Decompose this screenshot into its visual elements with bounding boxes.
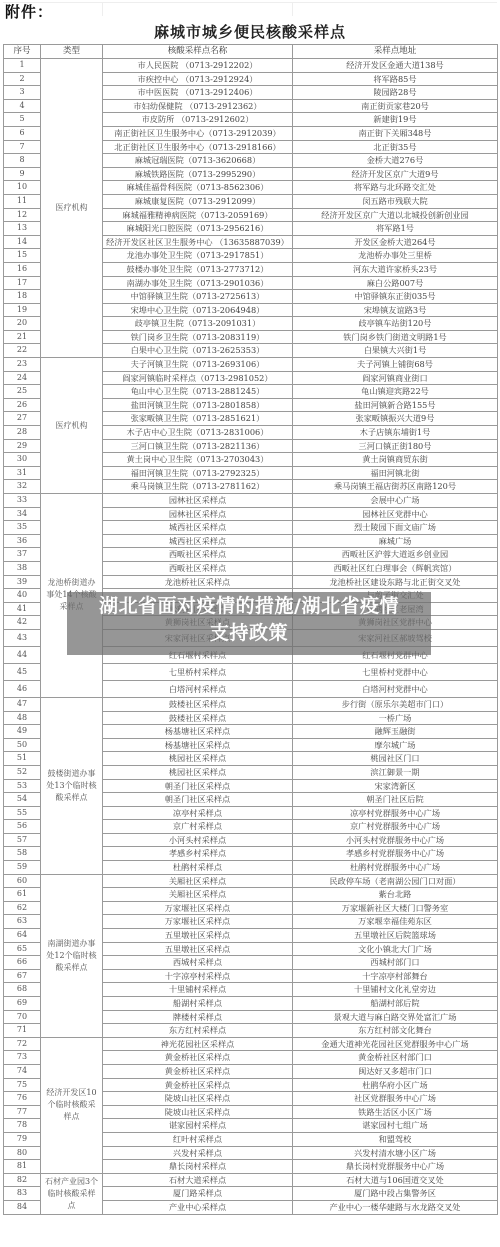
sampling-point-name: 万家堰社区采样点 bbox=[103, 915, 293, 929]
row-number: 22 bbox=[4, 344, 41, 358]
sampling-point-name: 白果中心卫生院（0713-2625353） bbox=[103, 344, 293, 358]
row-number: 59 bbox=[4, 861, 41, 875]
row-number: 79 bbox=[4, 1132, 41, 1146]
sampling-point-name: 十里铺村采样点 bbox=[103, 983, 293, 997]
sampling-point-name: 西畈社区采样点 bbox=[103, 561, 293, 575]
sampling-point-address: 桃园社区门口 bbox=[293, 752, 498, 766]
sampling-point-name: 兴发村采样点 bbox=[103, 1146, 293, 1160]
row-number: 58 bbox=[4, 847, 41, 861]
sampling-point-name: 五里墩社区采样点 bbox=[103, 942, 293, 956]
row-number: 71 bbox=[4, 1024, 41, 1038]
row-number: 32 bbox=[4, 480, 41, 494]
sampling-point-name: 市妇幼保健院 （0713-2912362） bbox=[103, 99, 293, 113]
sampling-point-name: 福田河镇卫生院（0713-2792325） bbox=[103, 466, 293, 480]
sampling-point-address: 万家堰新社区大楼门口警务室 bbox=[293, 901, 498, 915]
row-number: 73 bbox=[4, 1051, 41, 1065]
row-number: 47 bbox=[4, 697, 41, 711]
sampling-point-address: 龟山镇迎宾路22号 bbox=[293, 385, 498, 399]
sampling-point-address: 宋埠镇友谊路3号 bbox=[293, 303, 498, 317]
row-number: 64 bbox=[4, 929, 41, 943]
sampling-point-name: 杨基塘社区采样点 bbox=[103, 738, 293, 752]
row-number: 40 bbox=[4, 589, 41, 603]
sampling-point-address: 一桥广场 bbox=[293, 711, 498, 725]
sampling-point-name: 麻城佳福骨科医院（0713-8562306） bbox=[103, 181, 293, 195]
sampling-point-name: 龙池桥社区采样点 bbox=[103, 575, 293, 589]
header-name: 核酸采样点名称 bbox=[103, 45, 293, 59]
row-type: 石材产业园3个临时核酸采样点 bbox=[41, 1173, 103, 1214]
sampling-point-address: 西畈社区沪蓉大道返乡创业园 bbox=[293, 548, 498, 562]
row-number: 10 bbox=[4, 181, 41, 195]
sampling-point-name: 朝圣门社区采样点 bbox=[103, 779, 293, 793]
row-number: 67 bbox=[4, 969, 41, 983]
row-number: 82 bbox=[4, 1173, 41, 1187]
sampling-point-name: 麻城康复医院（0713-2912099） bbox=[103, 194, 293, 208]
row-number: 6 bbox=[4, 126, 41, 140]
row-number: 5 bbox=[4, 113, 41, 127]
sampling-point-address: 杜鹃村党群服务中心广场 bbox=[293, 861, 498, 875]
sampling-point-name: 红叶村采样点 bbox=[103, 1132, 293, 1146]
row-number: 66 bbox=[4, 956, 41, 970]
sampling-point-name: 石材大道采样点 bbox=[103, 1173, 293, 1187]
sampling-point-address: 兴发村清水塘小区广场 bbox=[293, 1146, 498, 1160]
row-number: 35 bbox=[4, 521, 41, 535]
sampling-point-address: 经济开发区京广大道9号 bbox=[293, 167, 498, 181]
sampling-point-address: 五里墩社区后院篮球场 bbox=[293, 929, 498, 943]
sampling-point-address: 黄土岗镇商贸东街 bbox=[293, 453, 498, 467]
row-number: 25 bbox=[4, 385, 41, 399]
sampling-point-address: 闵五路市残联大院 bbox=[293, 194, 498, 208]
row-number: 77 bbox=[4, 1105, 41, 1119]
table-row: 1医疗机构市人民医院 （0713-2912202）经济开发区金通大道138号 bbox=[4, 59, 498, 73]
sampling-point-name: 牌楼村采样点 bbox=[103, 1010, 293, 1024]
row-type: 南湖街道办事处12个临时核酸采样点 bbox=[41, 874, 103, 1037]
sampling-point-name: 万家堰社区采样点 bbox=[103, 901, 293, 915]
sampling-point-address: 西城村部门口 bbox=[293, 956, 498, 970]
sampling-point-address: 万家堰幸福佳苑东区 bbox=[293, 915, 498, 929]
sampling-point-name: 麻城冠瑞医院（0713-3620668） bbox=[103, 154, 293, 168]
sampling-point-address: 南正街贡家巷20号 bbox=[293, 99, 498, 113]
header-no: 序号 bbox=[4, 45, 41, 59]
sampling-point-name: 三河口镇卫生院（0713-2821136） bbox=[103, 439, 293, 453]
row-number: 29 bbox=[4, 439, 41, 453]
row-number: 31 bbox=[4, 466, 41, 480]
row-number: 28 bbox=[4, 426, 41, 440]
sampling-point-address: 会展中心广场 bbox=[293, 494, 498, 508]
sampling-point-address: 小河头村党群服务中心广场 bbox=[293, 833, 498, 847]
row-number: 46 bbox=[4, 680, 41, 697]
row-number: 57 bbox=[4, 833, 41, 847]
row-number: 72 bbox=[4, 1037, 41, 1051]
row-number: 9 bbox=[4, 167, 41, 181]
sampling-point-address: 北正街35号 bbox=[293, 140, 498, 154]
sampling-point-address: 和盟驾校 bbox=[293, 1132, 498, 1146]
sampling-point-name: 桃园社区采样点 bbox=[103, 765, 293, 779]
sampling-point-address: 融辉玉融街 bbox=[293, 725, 498, 739]
sampling-point-address: 东方红村部文化舞台 bbox=[293, 1024, 498, 1038]
sampling-point-name: 盐田河镇卫生院（0713-2801858） bbox=[103, 398, 293, 412]
sampling-point-name: 孝感乡村采样点 bbox=[103, 847, 293, 861]
row-number: 65 bbox=[4, 942, 41, 956]
row-number: 17 bbox=[4, 276, 41, 290]
sampling-point-address: 将军路与北环路交汇处 bbox=[293, 181, 498, 195]
sampling-point-address: 铁门岗乡铁门街道文明路1号 bbox=[293, 330, 498, 344]
sampling-point-address: 麻白公路007号 bbox=[293, 276, 498, 290]
sampling-point-name: 南正街社区卫生服务中心（0713-2912039） bbox=[103, 126, 293, 140]
row-number: 44 bbox=[4, 646, 41, 663]
sampling-point-name: 朝圣门社区采样点 bbox=[103, 793, 293, 807]
row-number: 15 bbox=[4, 249, 41, 263]
row-number: 51 bbox=[4, 752, 41, 766]
sampling-point-address: 烈士陵园下面文庙广场 bbox=[293, 521, 498, 535]
row-number: 4 bbox=[4, 99, 41, 113]
row-number: 68 bbox=[4, 983, 41, 997]
row-number: 43 bbox=[4, 629, 41, 646]
table-row: 60南湖街道办事处12个临时核酸采样点关厢社区采样点民政停车场（老南湖公园门口对… bbox=[4, 874, 498, 888]
sampling-point-address: 张家畈镇振兴大道9号 bbox=[293, 412, 498, 426]
row-number: 24 bbox=[4, 371, 41, 385]
row-number: 42 bbox=[4, 616, 41, 630]
sampling-point-name: 张家畈镇卫生院（0713-2851621） bbox=[103, 412, 293, 426]
row-number: 19 bbox=[4, 303, 41, 317]
sampling-point-name: 杨基塘社区采样点 bbox=[103, 725, 293, 739]
sampling-point-address: 南正街下关厢348号 bbox=[293, 126, 498, 140]
sampling-point-name: 鼓楼社区采样点 bbox=[103, 697, 293, 711]
sampling-point-name: 五里墩社区采样点 bbox=[103, 929, 293, 943]
top-grid-lines bbox=[3, 2, 497, 16]
sampling-point-name: 东方红村采样点 bbox=[103, 1024, 293, 1038]
sampling-point-address: 社区党群服务中心广场 bbox=[293, 1092, 498, 1106]
sampling-point-name: 城西社区采样点 bbox=[103, 521, 293, 535]
sampling-point-name: 木子店中心卫生院（0713-2831006） bbox=[103, 426, 293, 440]
sampling-point-address: 景观大道与麻白路交界处富汇广场 bbox=[293, 1010, 498, 1024]
row-type: 医疗机构 bbox=[41, 358, 103, 494]
sampling-point-address: 三河口镇正街180号 bbox=[293, 439, 498, 453]
row-number: 56 bbox=[4, 820, 41, 834]
sampling-point-name: 园林社区采样点 bbox=[103, 494, 293, 508]
sampling-point-address: 厦门路中段占集警务区 bbox=[293, 1187, 498, 1201]
sampling-point-address: 朝圣门社区后院 bbox=[293, 793, 498, 807]
row-number: 37 bbox=[4, 548, 41, 562]
sampling-point-address: 鼎长岗村党群服务中心广场 bbox=[293, 1160, 498, 1174]
header-address: 采样点地址 bbox=[293, 45, 498, 59]
row-number: 7 bbox=[4, 140, 41, 154]
sampling-point-name: 市皮防所 （0713-2912602） bbox=[103, 113, 293, 127]
sampling-point-name: 厦门路采样点 bbox=[103, 1187, 293, 1201]
sampling-point-address: 摩尔城广场 bbox=[293, 738, 498, 752]
sampling-point-address: 乘马岗镇王福店街苏区南路120号 bbox=[293, 480, 498, 494]
row-number: 41 bbox=[4, 602, 41, 616]
sampling-point-address: 白果镇大兴街1号 bbox=[293, 344, 498, 358]
sampling-point-name: 市中医医院 （0713-2912406） bbox=[103, 86, 293, 100]
row-number: 60 bbox=[4, 874, 41, 888]
row-number: 3 bbox=[4, 86, 41, 100]
sampling-point-name: 北正街社区卫生服务中心（0713-2918166） bbox=[103, 140, 293, 154]
sampling-point-name: 黄金桥社区采样点 bbox=[103, 1064, 293, 1078]
sampling-point-name: 陡坡山社区采样点 bbox=[103, 1105, 293, 1119]
sampling-point-name: 阎家河镇临时采样点（0713-2981052） bbox=[103, 371, 293, 385]
sampling-point-address: 杜鹃华府小区广场 bbox=[293, 1078, 498, 1092]
row-number: 14 bbox=[4, 235, 41, 249]
table-row: 72经济开发区10个临时核酸采样点神光花园社区采样点金通大道神光花园社区党群服务… bbox=[4, 1037, 498, 1051]
sampling-point-address: 龙池桥社区建设东路与北正街交叉处 bbox=[293, 575, 498, 589]
sampling-point-address: 将军路1号 bbox=[293, 222, 498, 236]
row-number: 76 bbox=[4, 1092, 41, 1106]
row-number: 61 bbox=[4, 888, 41, 902]
sampling-point-address: 将军路85号 bbox=[293, 72, 498, 86]
sampling-point-name: 经济开发区社区卫生服务中心 （13635887039） bbox=[103, 235, 293, 249]
sampling-point-name: 歧亭镇卫生院（0713-2091031） bbox=[103, 317, 293, 331]
sampling-point-name: 城西社区采样点 bbox=[103, 534, 293, 548]
sampling-point-name: 麻城铁路医院（0713-2995290） bbox=[103, 167, 293, 181]
sampling-point-address: 紫台北路 bbox=[293, 888, 498, 902]
sampling-point-address: 新建街19号 bbox=[293, 113, 498, 127]
headline-line-2: 支持政策 bbox=[67, 620, 431, 647]
sampling-point-name: 小河头村采样点 bbox=[103, 833, 293, 847]
table-header-row: 序号 类型 核酸采样点名称 采样点地址 bbox=[4, 45, 498, 59]
table-row: 33龙池桥街道办事处14个核酸采样点园林社区采样点会展中心广场 bbox=[4, 494, 498, 508]
sampling-point-name: 南湖办事处卫生院（0713-2901036） bbox=[103, 276, 293, 290]
row-number: 26 bbox=[4, 398, 41, 412]
row-type: 鼓楼街道办事处13个临时核酸采样点 bbox=[41, 697, 103, 874]
sampling-point-address: 经济开发区京广大道以北城投创新创业园 bbox=[293, 208, 498, 222]
sampling-point-address: 木子店镇东埔街1号 bbox=[293, 426, 498, 440]
row-number: 20 bbox=[4, 317, 41, 331]
row-number: 13 bbox=[4, 222, 41, 236]
row-number: 48 bbox=[4, 711, 41, 725]
sampling-point-name: 船湖村采样点 bbox=[103, 997, 293, 1011]
sampling-point-address: 石材大道与106国道交叉处 bbox=[293, 1173, 498, 1187]
row-number: 33 bbox=[4, 494, 41, 508]
sampling-point-address: 滨江御景一期 bbox=[293, 765, 498, 779]
sampling-point-name: 市疾控中心 （0713-2912924） bbox=[103, 72, 293, 86]
row-number: 52 bbox=[4, 765, 41, 779]
sampling-point-name: 西城村采样点 bbox=[103, 956, 293, 970]
sampling-point-name: 夫子河镇卫生院（0713-2693106） bbox=[103, 358, 293, 372]
row-number: 75 bbox=[4, 1078, 41, 1092]
row-number: 53 bbox=[4, 779, 41, 793]
sampling-point-name: 杜鹃村采样点 bbox=[103, 861, 293, 875]
row-number: 27 bbox=[4, 412, 41, 426]
row-number: 50 bbox=[4, 738, 41, 752]
sampling-point-address: 经济开发区金通大道138号 bbox=[293, 59, 498, 73]
row-number: 55 bbox=[4, 806, 41, 820]
row-number: 11 bbox=[4, 194, 41, 208]
row-number: 83 bbox=[4, 1187, 41, 1201]
sampling-point-name: 鼎长岗村采样点 bbox=[103, 1160, 293, 1174]
sampling-point-name: 黄金桥社区采样点 bbox=[103, 1051, 293, 1065]
sampling-point-name: 乘马岗镇卫生院（0713-2781162） bbox=[103, 480, 293, 494]
sampling-point-name: 黄金桥社区采样点 bbox=[103, 1078, 293, 1092]
sampling-point-name: 陡坡山社区采样点 bbox=[103, 1092, 293, 1106]
sampling-point-name: 园林社区采样点 bbox=[103, 507, 293, 521]
sampling-point-name: 桃园社区采样点 bbox=[103, 752, 293, 766]
sampling-point-name: 产业中心采样点 bbox=[103, 1200, 293, 1214]
sampling-point-name: 神光花园社区采样点 bbox=[103, 1037, 293, 1051]
row-number: 54 bbox=[4, 793, 41, 807]
row-number: 45 bbox=[4, 663, 41, 680]
sampling-point-address: 京广村党群服务中心广场 bbox=[293, 820, 498, 834]
sampling-point-address: 孝感乡村党群服务中心广场 bbox=[293, 847, 498, 861]
sampling-point-address: 七里桥村党群中心 bbox=[293, 663, 498, 680]
sampling-point-address: 铁路生活区小区广场 bbox=[293, 1105, 498, 1119]
sampling-point-name: 麻城福雅精神病医院（0713-2059169） bbox=[103, 208, 293, 222]
sampling-point-address: 歧亭镇车站街120号 bbox=[293, 317, 498, 331]
row-number: 49 bbox=[4, 725, 41, 739]
sampling-point-address: 河东大道许家桥头23号 bbox=[293, 262, 498, 276]
sampling-point-name: 铁门岗乡卫生院（0713-2083119） bbox=[103, 330, 293, 344]
headline-line-1: 湖北省面对疫情的措施/湖北省疫情 bbox=[67, 593, 431, 620]
sampling-point-address: 十里铺村文化礼堂旁边 bbox=[293, 983, 498, 997]
sampling-point-name: 龙池办事处卫生院（0713-2917851） bbox=[103, 249, 293, 263]
row-number: 30 bbox=[4, 453, 41, 467]
row-number: 62 bbox=[4, 901, 41, 915]
sampling-point-address: 十字凉亭村部舞台 bbox=[293, 969, 498, 983]
row-number: 70 bbox=[4, 1010, 41, 1024]
sampling-point-address: 盐田河镇新合路155号 bbox=[293, 398, 498, 412]
row-number: 63 bbox=[4, 915, 41, 929]
sampling-point-address: 步行街（原乐尔美超市门口） bbox=[293, 697, 498, 711]
row-number: 1 bbox=[4, 59, 41, 73]
sampling-point-address: 阎家河镇商业街口 bbox=[293, 371, 498, 385]
row-number: 21 bbox=[4, 330, 41, 344]
sampling-point-address: 龙池桥办事处三里桥 bbox=[293, 249, 498, 263]
table-row: 47鼓楼街道办事处13个临时核酸采样点鼓楼社区采样点步行街（原乐尔美超市门口） bbox=[4, 697, 498, 711]
row-type: 经济开发区10个临时核酸采样点 bbox=[41, 1037, 103, 1173]
sampling-point-address: 产业中心一楼华建路与水龙路交叉处 bbox=[293, 1200, 498, 1214]
row-number: 81 bbox=[4, 1160, 41, 1174]
row-number: 23 bbox=[4, 358, 41, 372]
row-number: 2 bbox=[4, 72, 41, 86]
sampling-point-name: 龟山中心卫生院（0713-2881245） bbox=[103, 385, 293, 399]
sampling-point-name: 西畈社区采样点 bbox=[103, 548, 293, 562]
sampling-point-address: 福田河镇北街 bbox=[293, 466, 498, 480]
row-type: 医疗机构 bbox=[41, 59, 103, 358]
sampling-point-address: 船湖村部后院 bbox=[293, 997, 498, 1011]
sampling-point-name: 鼓楼办事处卫生院（0713-2773712） bbox=[103, 262, 293, 276]
sampling-point-name: 麻城阳光口腔医院（0713-2956216） bbox=[103, 222, 293, 236]
sampling-point-address: 文化小镇北大门广场 bbox=[293, 942, 498, 956]
sampling-point-address: 谌家园村七组广场 bbox=[293, 1119, 498, 1133]
row-number: 12 bbox=[4, 208, 41, 222]
row-number: 84 bbox=[4, 1200, 41, 1214]
sampling-point-address: 凉亭村党群服务中心广场 bbox=[293, 806, 498, 820]
row-number: 16 bbox=[4, 262, 41, 276]
table-row: 82石材产业园3个临时核酸采样点石材大道采样点石材大道与106国道交叉处 bbox=[4, 1173, 498, 1187]
sampling-point-name: 关厢社区采样点 bbox=[103, 874, 293, 888]
sampling-point-name: 七里桥村采样点 bbox=[103, 663, 293, 680]
row-number: 80 bbox=[4, 1146, 41, 1160]
row-number: 34 bbox=[4, 507, 41, 521]
sampling-point-name: 白塔河村采样点 bbox=[103, 680, 293, 697]
header-type: 类型 bbox=[41, 45, 103, 59]
sampling-point-name: 关厢社区采样点 bbox=[103, 888, 293, 902]
sampling-point-name: 京广村采样点 bbox=[103, 820, 293, 834]
sampling-point-name: 十字凉亭村采样点 bbox=[103, 969, 293, 983]
table-row: 23医疗机构夫子河镇卫生院（0713-2693106）夫子河镇上铺街68号 bbox=[4, 358, 498, 372]
sampling-point-name: 凉亭村采样点 bbox=[103, 806, 293, 820]
sampling-point-name: 谌家园村采样点 bbox=[103, 1119, 293, 1133]
sampling-point-address: 黄金桥社区村部门口 bbox=[293, 1051, 498, 1065]
headline-banner: 湖北省面对疫情的措施/湖北省疫情 支持政策 bbox=[67, 592, 431, 655]
sampling-point-address: 金通大道神光花园社区党群服务中心广场 bbox=[293, 1037, 498, 1051]
sampling-point-address: 夫子河镇上铺街68号 bbox=[293, 358, 498, 372]
row-number: 69 bbox=[4, 997, 41, 1011]
sampling-point-address: 宋家湾新区 bbox=[293, 779, 498, 793]
sampling-point-address: 开发区金桥大道264号 bbox=[293, 235, 498, 249]
document-title: 麻城市城乡便民核酸采样点 bbox=[0, 21, 500, 42]
sampling-point-name: 黄土岗中心卫生院（0713-2703043） bbox=[103, 453, 293, 467]
sampling-point-address: 陵园路28号 bbox=[293, 86, 498, 100]
row-number: 38 bbox=[4, 561, 41, 575]
row-number: 36 bbox=[4, 534, 41, 548]
sampling-point-name: 市人民医院 （0713-2912202） bbox=[103, 59, 293, 73]
sampling-point-name: 宋埠中心卫生院（0713-2064948） bbox=[103, 303, 293, 317]
row-number: 78 bbox=[4, 1119, 41, 1133]
row-number: 74 bbox=[4, 1064, 41, 1078]
row-number: 39 bbox=[4, 575, 41, 589]
sampling-point-address: 白塔河村党群中心 bbox=[293, 680, 498, 697]
sampling-point-address: 金桥大道276号 bbox=[293, 154, 498, 168]
sampling-point-name: 中馆驿镇卫生院（0713-2725613） bbox=[103, 290, 293, 304]
sampling-point-address: 中馆驿镇东正街035号 bbox=[293, 290, 498, 304]
sampling-point-address: 闽达好又多超市门口 bbox=[293, 1064, 498, 1078]
row-number: 18 bbox=[4, 290, 41, 304]
row-number: 8 bbox=[4, 154, 41, 168]
sampling-point-address: 园林社区党群中心 bbox=[293, 507, 498, 521]
sampling-point-address: 民政停车场（老南湖公园门口对面） bbox=[293, 874, 498, 888]
sampling-point-address: 麻城广场 bbox=[293, 534, 498, 548]
sampling-point-address: 西畈社区红白理事会（辉帆宾馆） bbox=[293, 561, 498, 575]
sampling-point-name: 鼓楼社区采样点 bbox=[103, 711, 293, 725]
